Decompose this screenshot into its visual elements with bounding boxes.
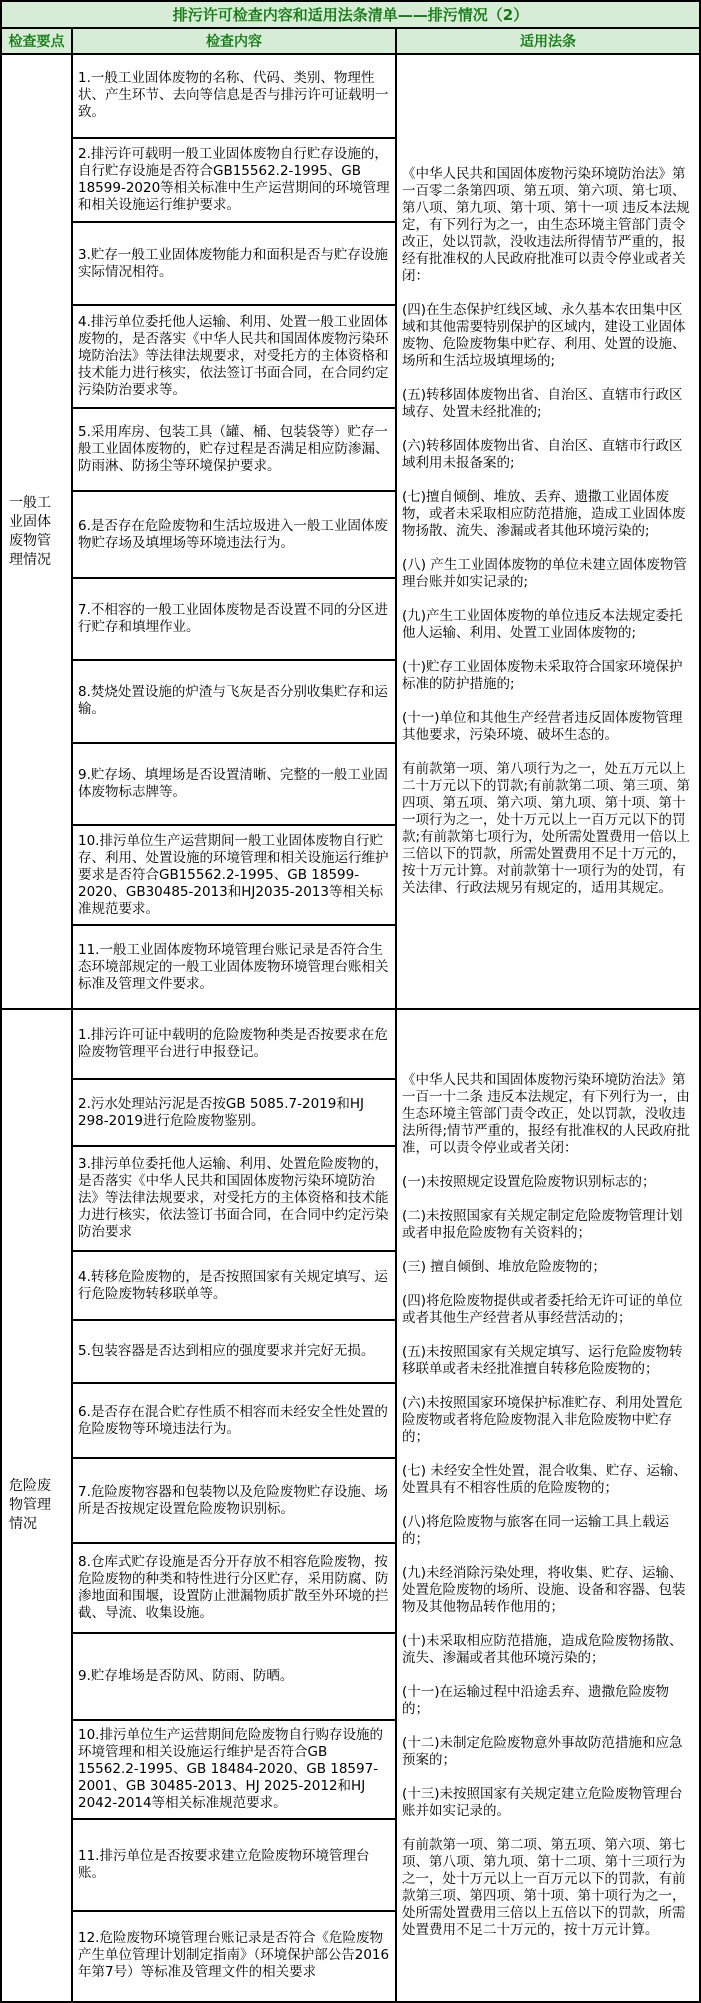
check-item-row: 9.贮存堆场是否防风、防雨、防晒。: [73, 1634, 395, 1721]
law-paragraph: (二)未按照国家有关规定制定危险废物管理计划或者申报危险废物有关资料的；: [402, 1208, 694, 1242]
check-item-text: 6.是否存在危险废物和生活垃圾进入一般工业固体废物贮存场及填埋场等环境违法行为。: [78, 518, 390, 552]
applicable-law-column: 《中华人民共和国固体废物污染环境防治法》第一百一十二条 违反本法规定，有下列行为…: [397, 1010, 699, 2001]
law-paragraph: (七) 未经安全性处置，混合收集、贮存、运输、处置具有不相容性质的危险废物的；: [402, 1463, 694, 1497]
law-paragraph: (十)贮存工业固体废物未采取符合国家环境保护标准的防护措施的;: [402, 659, 694, 693]
check-item-row: 10.排污单位生产运营期间一般工业固体废物自行贮存、利用、处置设施的环境管理和相…: [73, 826, 395, 926]
check-item-row: 1.一般工业固体废物的名称、代码、类别、物理性状、产生环节、去向等信息是否与排污…: [73, 55, 395, 139]
check-item-text: 5.采用库房、包装工具（罐、桶、包装袋等）贮存一般工业固体废物的，贮存过程是否满…: [78, 424, 390, 475]
law-paragraph: (五)未按照国家有关规定填写、运行危险废物转移联单或者未经批准擅自转移危险废物的…: [402, 1344, 694, 1378]
check-item-text: 10.排污单位生产运营期间一般工业固体废物自行贮存、利用、处置设施的环境管理和相…: [78, 833, 390, 918]
law-paragraph: 《中华人民共和国固体废物污染环境防治法》第一百零二条第四项、第五项、第六项、第七…: [402, 166, 694, 285]
section-general-industrial-solid-waste: 一般工业固体废物管理情况 1.一般工业固体废物的名称、代码、类别、物理性状、产生…: [2, 55, 699, 1010]
check-item-row: 3.贮存一般工业固体废物能力和面积是否与贮存设施实际情况相符。: [73, 223, 395, 307]
law-paragraph: (十三)未按照国家有关规定建立危险废物管理台账并如实记录的。: [402, 1786, 694, 1820]
check-item-row: 4.转移危险废物的，是否按照国家有关规定填写、运行危险废物转移联单等。: [73, 1252, 395, 1321]
keypoint-label: 一般工业固体废物管理情况: [9, 494, 64, 570]
check-item-row: 2.排污许可载明一般工业固体废物自行贮存设施的，自行贮存设施是否符合GB1556…: [73, 139, 395, 223]
check-item-text: 5.包装容器是否达到相应的强度要求并完好无损。: [78, 1343, 374, 1360]
check-item-text: 6.是否存在混合贮存性质不相容而未经安全性处置的危险废物等环境违法行为。: [78, 1404, 390, 1438]
keypoint-cell: 危险废物管理情况: [2, 1010, 73, 2001]
check-item-text: 8.仓库式贮存设施是否分开存放不相容危险废物，按危险废物的种类和特性进行分区贮存…: [78, 1554, 390, 1622]
check-item-row: 12.危险废物环境管理台账记录是否符合《危险废物产生单位管理计划制定指南》（环境…: [73, 1912, 395, 1999]
check-item-text: 7.危险废物容器和包装物以及危险废物贮存设施、场所是否按规定设置危险废物识别标。: [78, 1484, 390, 1518]
check-item-row: 9.贮存场、填埋场是否设置清晰、完整的一般工业固体废物标志牌等。: [73, 744, 395, 827]
law-paragraph: (十一)在运输过程中沿途丢弃、遗撒危险废物的；: [402, 1684, 694, 1718]
law-paragraph: (六)转移固体废物出省、自治区、直辖市行政区域利用未报备案的;: [402, 438, 694, 472]
check-item-text: 2.污水处理站污泥是否按GB 5085.7-2019和HJ 298-2019进行…: [78, 1096, 390, 1130]
law-paragraph: 有前款第一项、第八项行为之一，处五万元以上二十万元以下的罚款;有前款第二项、第三…: [402, 761, 694, 897]
check-item-text: 11.排污单位是否按要求建立危险废物环境管理台账。: [78, 1848, 390, 1882]
check-item-text: 12.危险废物环境管理台账记录是否符合《危险废物产生单位管理计划制定指南》（环境…: [78, 1930, 390, 1981]
check-item-row: 7.危险废物容器和包装物以及危险废物贮存设施、场所是否按规定设置危险废物识别标。: [73, 1459, 395, 1544]
check-item-text: 4.转移危险废物的，是否按照国家有关规定填写、运行危险废物转移联单等。: [78, 1269, 390, 1303]
check-item-row: 3.排污单位委托他人运输、利用、处置危险废物的，是否落实《中华人民共和国固体废物…: [73, 1147, 395, 1252]
header-check-content: 检查内容: [73, 29, 397, 53]
table-title-row: 排污许可检查内容和适用法条清单——排污情况（2）: [2, 2, 699, 29]
check-item-text: 8.焚烧处置设施的炉渣与飞灰是否分别收集贮存和运输。: [78, 684, 390, 718]
law-paragraph: 有前款第一项、第二项、第五项、第六项、第七项、第八项、第九项、第十二项、第十三项…: [402, 1837, 694, 1939]
applicable-law-column: 《中华人民共和国固体废物污染环境防治法》第一百零二条第四项、第五项、第六项、第七…: [397, 55, 699, 1008]
page-title: 排污许可检查内容和适用法条清单——排污情况（2）: [173, 4, 528, 25]
keypoint-label: 危险废物管理情况: [9, 1477, 64, 1534]
check-item-text: 9.贮存堆场是否防风、防雨、防晒。: [78, 1668, 293, 1685]
check-item-row: 10.排污单位生产运营期间危险废物自行购存设施的环境管理和相关设施运行维护是否符…: [73, 1721, 395, 1820]
header-check-keypoint: 检查要点: [2, 29, 73, 53]
check-item-row: 4.排污单位委托他人运输、利用、处置一般工业固体废物的，是否落实《中华人民共和国…: [73, 306, 395, 409]
column-header-row: 检查要点 检查内容 适用法条: [2, 29, 699, 55]
header-applicable-law: 适用法条: [397, 29, 699, 53]
check-item-text: 3.贮存一般工业固体废物能力和面积是否与贮存设施实际情况相符。: [78, 247, 390, 281]
check-item-row: 5.包装容器是否达到相应的强度要求并完好无损。: [73, 1321, 395, 1384]
law-paragraph: (七)擅自倾倒、堆放、丢弃、遗撒工业固体废物，或者未采取相应防范措施，造成工业固…: [402, 489, 694, 540]
check-item-text: 7.不相容的一般工业固体废物是否设置不同的分区进行贮存和填埋作业。: [78, 602, 390, 636]
law-paragraph: 《中华人民共和国固体废物污染环境防治法》第一百一十二条 违反本法规定，有下列行为…: [402, 1072, 694, 1157]
law-paragraph: (三) 擅自倾倒、堆放危险废物的；: [402, 1259, 694, 1276]
law-paragraph: (六)未按照国家环境保护标准贮存、利用处置危险废物或者将危险废物混入非危险废物中…: [402, 1395, 694, 1446]
check-item-text: 9.贮存场、填埋场是否设置清晰、完整的一般工业固体废物标志牌等。: [78, 767, 390, 801]
check-item-row: 8.焚烧处置设施的炉渣与飞灰是否分别收集贮存和运输。: [73, 661, 395, 744]
inspection-law-table: 排污许可检查内容和适用法条清单——排污情况（2） 检查要点 检查内容 适用法条 …: [0, 0, 701, 2003]
check-item-row: 1.排污许可证中载明的危险废物种类是否按要求在危险废物管理平台进行申报登记。: [73, 1010, 395, 1080]
check-item-text: 3.排污单位委托他人运输、利用、处置危险废物的，是否落实《中华人民共和国固体废物…: [78, 1156, 390, 1241]
check-content-column: 1.一般工业固体废物的名称、代码、类别、物理性状、产生环节、去向等信息是否与排污…: [73, 55, 397, 1008]
check-item-row: 11.排污单位是否按要求建立危险废物环境管理台账。: [73, 1820, 395, 1912]
check-item-row: 8.仓库式贮存设施是否分开存放不相容危险废物，按危险废物的种类和特性进行分区贮存…: [73, 1544, 395, 1634]
law-paragraph: (十二)未制定危险废物意外事故防范措施和应急预案的；: [402, 1735, 694, 1769]
law-paragraph: (一)未按照规定设置危险废物识别标志的；: [402, 1174, 694, 1191]
check-item-text: 4.排污单位委托他人运输、利用、处置一般工业固体废物的，是否落实《中华人民共和国…: [78, 314, 390, 399]
check-item-text: 11.一般工业固体废物环境管理台账记录是否符合生态环境部规定的一般工业固体废物环…: [78, 942, 390, 993]
law-paragraph: (八) 产生工业固体废物的单位未建立固体废物管理台账并如实记录的;: [402, 557, 694, 591]
check-item-row: 7.不相容的一般工业固体废物是否设置不同的分区进行贮存和填埋作业。: [73, 579, 395, 661]
law-paragraph: (九)未经消除污染处理，将收集、贮存、运输、处置危险废物的场所、设施、设备和容器…: [402, 1565, 694, 1616]
check-item-text: 2.排污许可载明一般工业固体废物自行贮存设施的，自行贮存设施是否符合GB1556…: [78, 146, 390, 214]
check-item-row: 11.一般工业固体废物环境管理台账记录是否符合生态环境部规定的一般工业固体废物环…: [73, 926, 395, 1008]
check-item-text: 1.排污许可证中载明的危险废物种类是否按要求在危险废物管理平台进行申报登记。: [78, 1027, 390, 1061]
section-hazardous-waste: 危险废物管理情况 1.排污许可证中载明的危险废物种类是否按要求在危险废物管理平台…: [2, 1010, 699, 2001]
law-paragraph: (四)在生态保护红线区域、永久基本农田集中区域和其他需要特别保护的区域内，建设工…: [402, 302, 694, 370]
law-paragraph: (十一)单位和其他生产经营者违反固体废物管理其他要求，污染环境、破坏生态的。: [402, 710, 694, 744]
check-item-text: 10.排污单位生产运营期间危险废物自行购存设施的环境管理和相关设施运行维护是否符…: [78, 1727, 390, 1812]
law-paragraph: (九)产生工业固体废物的单位违反本法规定委托他人运输、利用、处置工业固体废物的;: [402, 608, 694, 642]
check-item-row: 2.污水处理站污泥是否按GB 5085.7-2019和HJ 298-2019进行…: [73, 1080, 395, 1147]
check-item-row: 5.采用库房、包装工具（罐、桶、包装袋等）贮存一般工业固体废物的，贮存过程是否满…: [73, 409, 395, 492]
check-item-row: 6.是否存在危险废物和生活垃圾进入一般工业固体废物贮存场及填埋场等环境违法行为。: [73, 492, 395, 579]
check-content-column: 1.排污许可证中载明的危险废物种类是否按要求在危险废物管理平台进行申报登记。2.…: [73, 1010, 397, 2001]
law-paragraph: (八)将危险废物与旅客在同一运输工具上载运的；: [402, 1514, 694, 1548]
law-paragraph: (五)转移固体废物出省、自治区、直辖市行政区域存、处置未经批准的;: [402, 387, 694, 421]
law-paragraph: (四)将危险废物提供或者委托给无许可证的单位或者其他生产经营者从事经营活动的；: [402, 1293, 694, 1327]
check-item-row: 6.是否存在混合贮存性质不相容而未经安全性处置的危险废物等环境违法行为。: [73, 1384, 395, 1459]
law-paragraph: (十)未采取相应防范措施，造成危险废物扬散、流失、渗漏或者其他环境污染的；: [402, 1633, 694, 1667]
check-item-text: 1.一般工业固体废物的名称、代码、类别、物理性状、产生环节、去向等信息是否与排污…: [78, 70, 390, 121]
keypoint-cell: 一般工业固体废物管理情况: [2, 55, 73, 1008]
